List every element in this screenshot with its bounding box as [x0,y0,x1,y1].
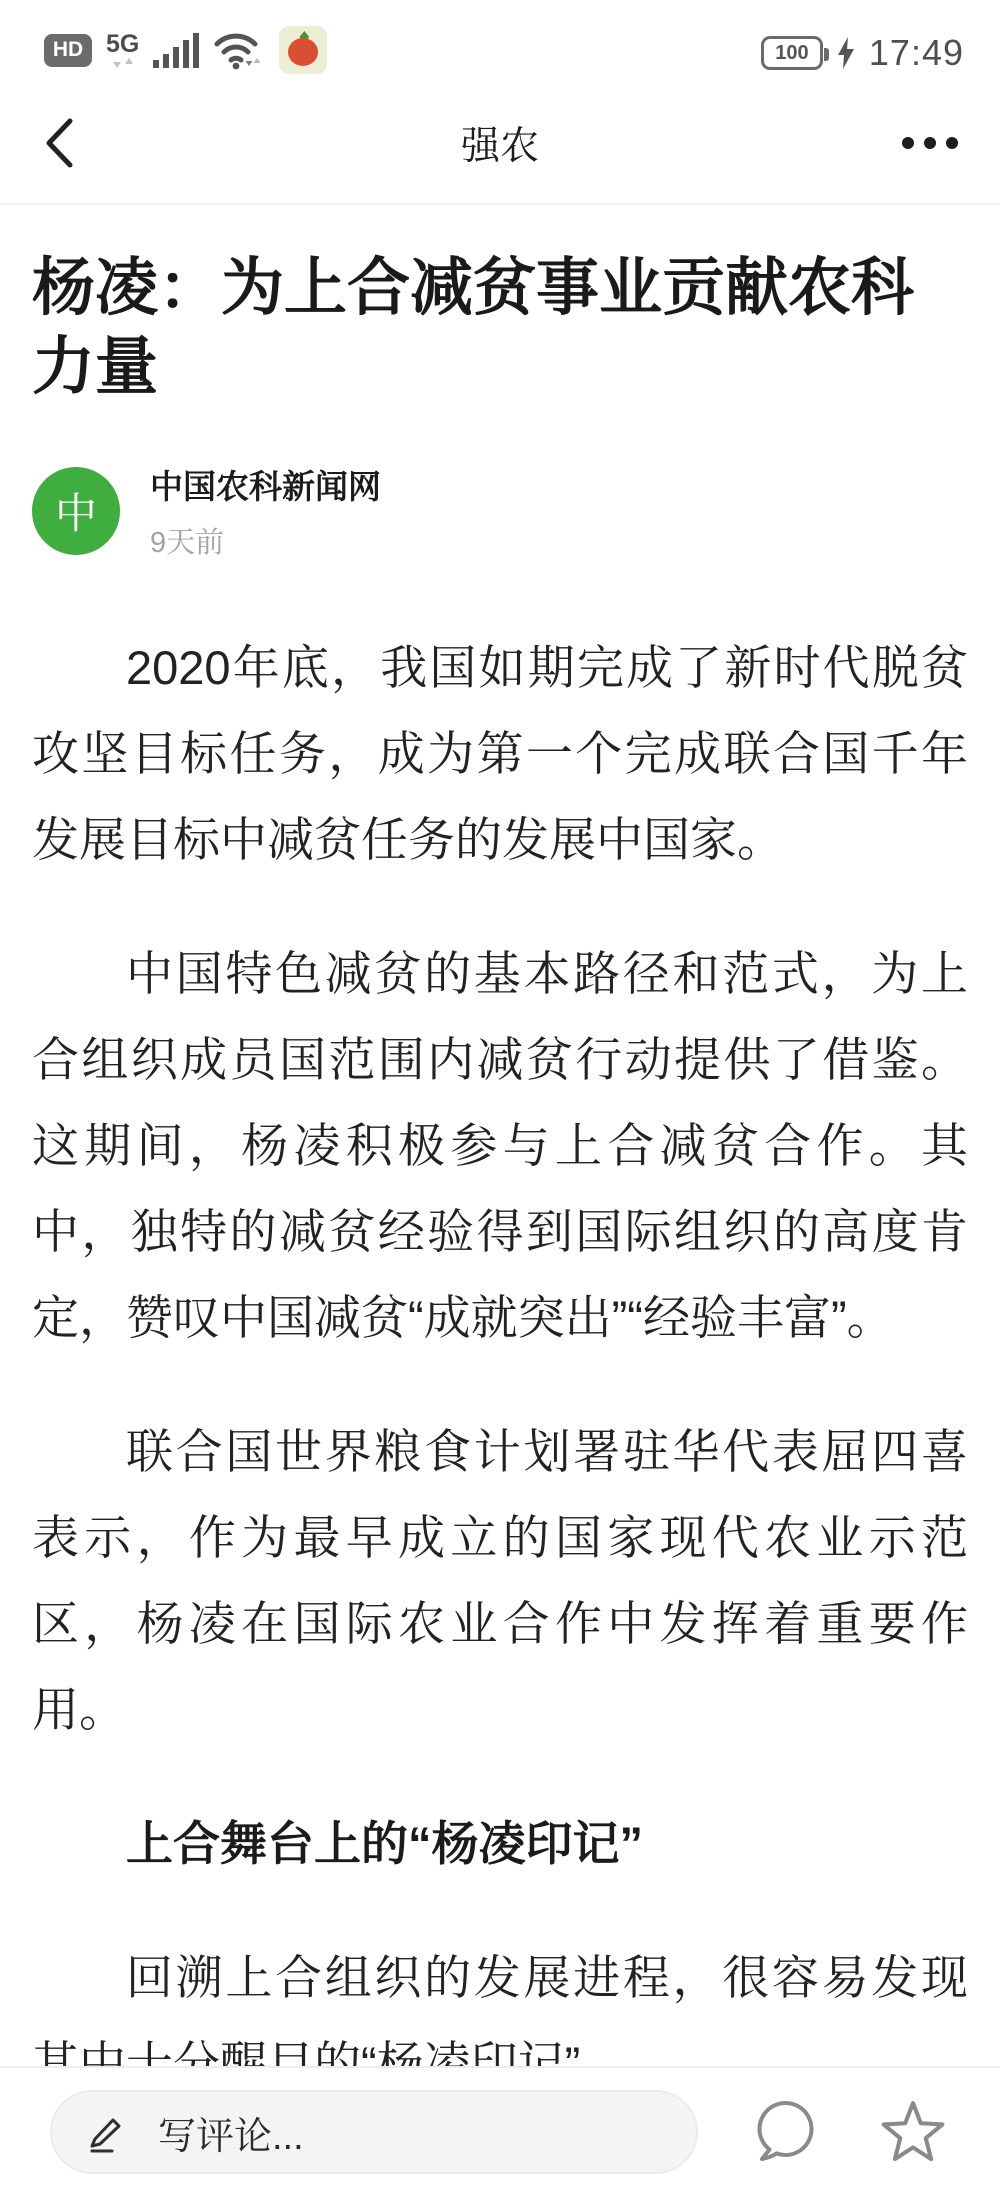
network-type-label: 5G [106,32,139,57]
back-button[interactable] [42,117,76,169]
network-indicator: 5G [106,32,139,69]
chevron-left-icon [42,117,76,169]
hd-badge-icon: HD [44,34,92,67]
pencil-icon [86,2111,128,2153]
wifi-icon [213,28,265,72]
signal-bars-icon [153,30,199,70]
author-avatar: 中 [32,467,120,555]
comments-button[interactable] [754,2099,820,2165]
paragraph: 联合国世界粮食计划署驻华代表屈四喜表示，作为最早成立的国家现代农业示范区，杨凌在… [32,1409,968,1753]
author-row[interactable]: 中 中国农科新闻网 9天前 [32,461,968,561]
page-title: 强农 [0,115,1000,171]
star-icon [878,2097,948,2167]
article-title: 杨凌：为上合减贫事业贡献农科力量 [32,249,968,407]
publish-time: 9天前 [150,520,381,561]
battery-level: 100 [775,42,808,65]
favorite-button[interactable] [878,2097,948,2167]
article-body: 杨凌：为上合减贫事业贡献农科力量 中 中国农科新闻网 9天前 2020年底，我国… [0,249,1000,2107]
comment-placeholder: 写评论... [158,2105,304,2160]
comment-bar: 写评论... [0,2066,1000,2196]
tomato-app-icon [279,26,327,74]
nav-bar: 强农 [0,82,1000,205]
status-right-cluster: 100 17:49 [761,32,964,74]
app-screen: HD 5G [0,0,1000,2196]
clock: 17:49 [869,32,964,74]
data-updown-arrows-icon [110,57,136,69]
comment-input[interactable]: 写评论... [50,2090,698,2174]
author-meta: 中国农科新闻网 9天前 [150,461,381,561]
charging-bolt-icon [837,37,855,69]
battery-icon: 100 [761,36,823,70]
speech-bubble-icon [754,2099,820,2165]
status-left-cluster: HD 5G [44,26,327,74]
paragraph: 2020年底，我国如期完成了新时代脱贫攻坚目标任务，成为第一个完成联合国千年发展… [32,625,968,883]
status-bar: HD 5G [0,0,1000,82]
paragraph: 中国特色减贫的基本路径和范式，为上合组织成员国范围内减贫行动提供了借鉴。这期间，… [32,931,968,1361]
more-options-button[interactable] [902,137,958,149]
author-name: 中国农科新闻网 [150,461,381,508]
section-subheading: 上合舞台上的“杨凌印记” [32,1801,968,1887]
ellipsis-icon [902,137,914,149]
